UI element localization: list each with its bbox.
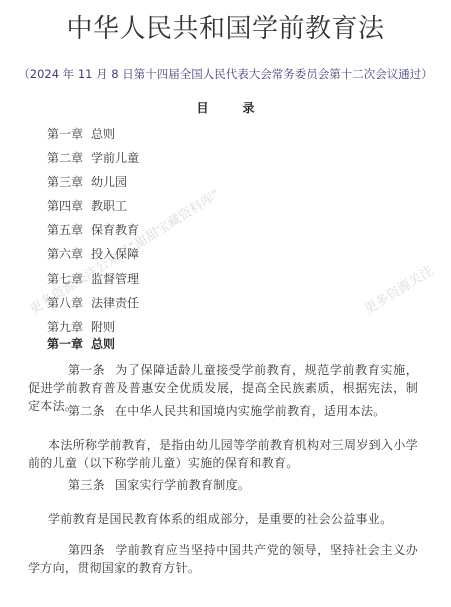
article-text: 本法所称学前教育，是指由幼儿园等学前教育机构对三周岁到入小学前的儿童（以下称学前…	[28, 438, 418, 470]
watermark-text: 更多资源关注	[360, 260, 436, 317]
toc-chapter-label: 附则	[91, 320, 115, 334]
chapter-label: 总则	[91, 337, 115, 351]
article-text: 在中华人民共和国境内实施学前教育，适用本法。	[115, 404, 386, 418]
document-subtitle: （2024 年 11 月 8 日第十四届全国人民代表大会常务委员会第十二次会议通…	[0, 66, 451, 82]
toc-item: 第四章教职工	[47, 194, 139, 218]
toc-chapter-label: 监督管理	[91, 272, 139, 286]
toc-chapter-number: 第八章	[47, 291, 91, 315]
toc-item: 第七章监督管理	[47, 267, 139, 291]
toc-chapter-number: 第一章	[47, 122, 91, 146]
toc-chapter-label: 保育教育	[91, 223, 139, 237]
toc-chapter-label: 幼儿园	[91, 175, 127, 189]
article-paragraph: 第三条国家实行学前教育制度。	[28, 476, 418, 494]
toc-chapter-label: 总则	[91, 127, 115, 141]
article-number: 第二条	[48, 402, 105, 420]
toc-heading-char-1: 目	[196, 99, 208, 116]
toc-chapter-label: 法律责任	[91, 296, 139, 310]
toc-chapter-number: 第三章	[47, 170, 91, 194]
toc-heading: 目录	[0, 99, 451, 116]
toc-item: 第三章幼儿园	[47, 170, 139, 194]
article-text: 学前教育是国民教育体系的组成部分，是重要的社会公益事业。	[48, 512, 392, 526]
article-paragraph: 第四条学前教育应当坚持中国共产党的领导，坚持社会主义办学方向，贯彻国家的教育方针…	[28, 541, 418, 577]
toc-chapter-number: 第二章	[47, 146, 91, 170]
article-number: 第四条	[48, 541, 105, 559]
table-of-contents: 第一章总则 第二章学前儿童 第三章幼儿园 第四章教职工 第五章保育教育 第六章投…	[47, 122, 139, 339]
toc-chapter-number: 第五章	[47, 218, 91, 242]
article-number: 第一条	[48, 361, 105, 379]
toc-chapter-number: 第七章	[47, 267, 91, 291]
toc-chapter-label: 投入保障	[91, 247, 139, 261]
toc-chapter-number: 第六章	[47, 242, 91, 266]
toc-item: 第五章保育教育	[47, 218, 139, 242]
document-title: 中华人民共和国学前教育法	[0, 8, 451, 45]
article-text: 国家实行学前教育制度。	[115, 478, 250, 492]
toc-heading-char-2: 录	[243, 99, 255, 116]
toc-chapter-label: 学前儿童	[91, 151, 139, 165]
article-paragraph: 第二条在中华人民共和国境内实施学前教育，适用本法。	[28, 402, 418, 420]
toc-item: 第六章投入保障	[47, 242, 139, 266]
article-paragraph: 本法所称学前教育，是指由幼儿园等学前教育机构对三周岁到入小学前的儿童（以下称学前…	[28, 436, 418, 472]
toc-chapter-label: 教职工	[91, 199, 127, 213]
article-paragraph: 学前教育是国民教育体系的组成部分，是重要的社会公益事业。	[28, 510, 418, 528]
article-number: 第三条	[48, 476, 105, 494]
toc-item: 第八章法律责任	[47, 291, 139, 315]
chapter-heading: 第一章总则	[47, 335, 115, 352]
toc-item: 第二章学前儿童	[47, 146, 139, 170]
toc-chapter-number: 第四章	[47, 194, 91, 218]
toc-item: 第一章总则	[47, 122, 139, 146]
chapter-number: 第一章	[47, 335, 91, 352]
